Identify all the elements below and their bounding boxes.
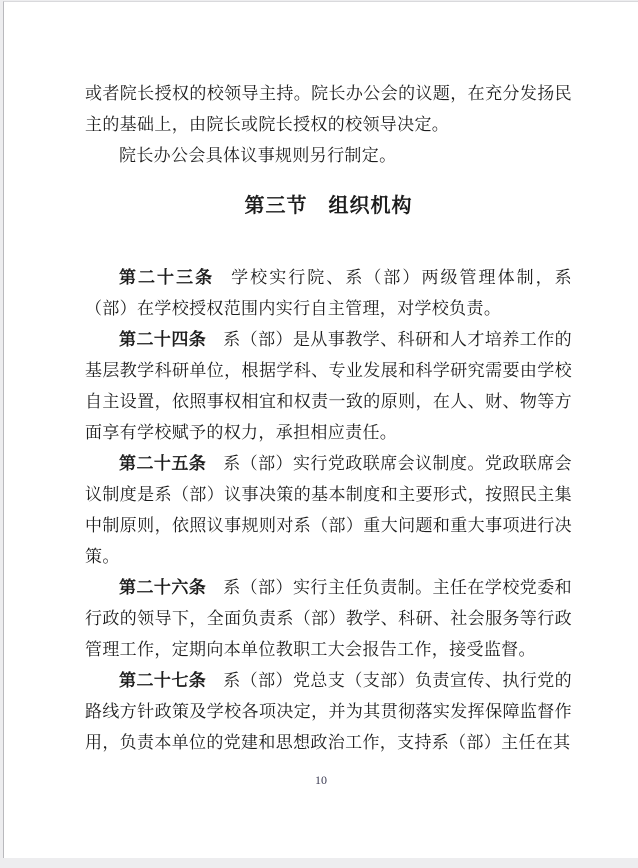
article-26-paragraph: 第二十六条系（部）实行主任负责制。主任在学校党委和行政的领导下，全面负责系（部）…: [85, 572, 572, 665]
article-23-paragraph: 第二十三条学校实行院、系（部）两级管理体制，系（部）在学校授权范围内实行自主管理…: [85, 262, 572, 324]
section-heading: 第三节 组织机构: [85, 189, 572, 223]
continuation-paragraph-2: 院长办公会具体议事规则另行制定。: [85, 140, 572, 171]
article-25-number: 第二十五条: [119, 454, 206, 473]
page-number: 10: [4, 773, 638, 788]
article-24-paragraph: 第二十四条系（部）是从事教学、科研和人才培养工作的基层教学科研单位，根据学科、专…: [85, 324, 572, 448]
document-page: 或者院长授权的校领导主持。院长办公会的议题，在充分发扬民主的基础上，由院长或院长…: [3, 1, 638, 858]
continuation-paragraph-1: 或者院长授权的校领导主持。院长办公会的议题，在充分发扬民主的基础上，由院长或院长…: [85, 78, 572, 140]
document-viewer-background: 或者院长授权的校领导主持。院长办公会的议题，在充分发扬民主的基础上，由院长或院长…: [0, 0, 638, 868]
article-27-number: 第二十七条: [119, 671, 206, 690]
article-26-number: 第二十六条: [119, 578, 206, 597]
article-23-number: 第二十三条: [119, 268, 214, 287]
article-24-number: 第二十四条: [119, 330, 206, 349]
article-25-paragraph: 第二十五条系（部）实行党政联席会议制度。党政联席会议制度是系（部）议事决策的基本…: [85, 448, 572, 572]
page-content: 或者院长授权的校领导主持。院长办公会的议题，在充分发扬民主的基础上，由院长或院长…: [85, 78, 572, 758]
article-27-paragraph: 第二十七条系（部）党总支（支部）负责宣传、执行党的路线方针政策及学校各项决定，并…: [85, 665, 572, 758]
